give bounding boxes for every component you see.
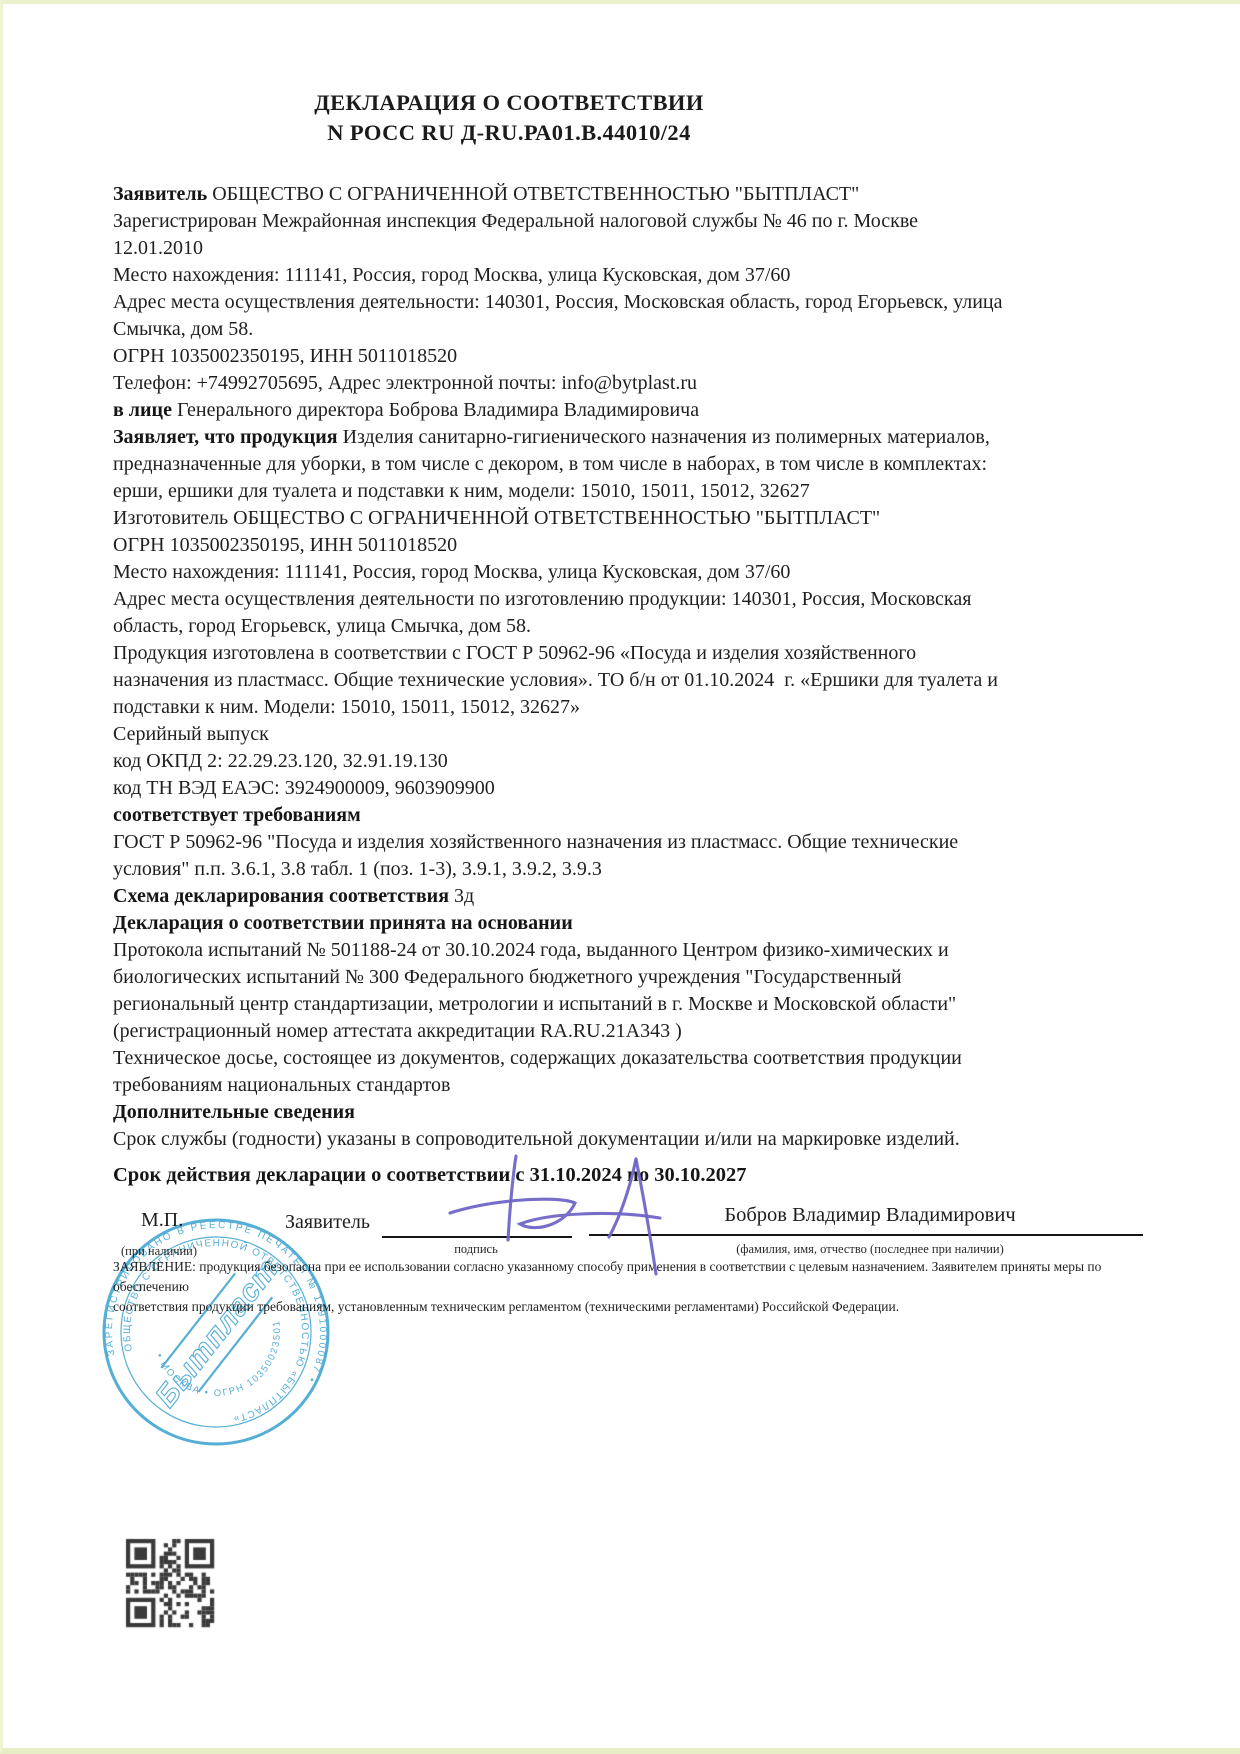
paragraph-text: ОГРН 1035002350195, ИНН 5011018520 (113, 534, 457, 556)
paragraph-lead: Схема декларирования соответствия (113, 885, 449, 907)
paragraph-text: Телефон: +74992705695, Адрес электронной… (113, 372, 697, 394)
paragraph: Дополнительные сведения (113, 1099, 1193, 1126)
paragraph-text: код ОКПД 2: 22.29.23.120, 32.91.19.130 (113, 750, 448, 772)
document-title: ДЕКЛАРАЦИЯ О СООТВЕТСТВИИ N РОСС RU Д-RU… (113, 88, 905, 148)
paragraph-text: Протокола испытаний № 501188-24 от 30.10… (113, 939, 956, 1042)
paragraph-lead: соответствует требованиям (113, 804, 361, 826)
paragraph-text: 3д (449, 885, 474, 907)
paragraph: соответствует требованиям (113, 802, 1193, 829)
paragraph-lead: Дополнительные сведения (113, 1101, 355, 1123)
paragraph-text: Место нахождения: 111141, Россия, город … (113, 561, 790, 583)
paragraph-text: код ТН ВЭД ЕАЭС: 3924900009, 9603909900 (113, 777, 495, 799)
paragraph-text: Зарегистрирован Межрайонная инспекция Фе… (113, 210, 918, 259)
paragraph-text: ОБЩЕСТВО С ОГРАНИЧЕННОЙ ОТВЕТСТВЕННОСТЬЮ… (207, 183, 859, 205)
document-body: Заявитель ОБЩЕСТВО С ОГРАНИЧЕННОЙ ОТВЕТС… (113, 181, 1193, 1153)
paragraph-text: ОГРН 1035002350195, ИНН 5011018520 (113, 345, 457, 367)
declarant-name: Бобров Владимир Владимирович (620, 1204, 1120, 1227)
paragraph: Протокола испытаний № 501188-24 от 30.10… (113, 937, 1193, 1045)
paragraph: Техническое досье, состоящее из документ… (113, 1045, 1193, 1099)
handwritten-signature (433, 1144, 683, 1284)
paragraph-text: Генерального директора Боброва Владимира… (172, 399, 699, 421)
paragraph: ОГРН 1035002350195, ИНН 5011018520 (113, 343, 1193, 370)
paragraph: Продукция изготовлена в соответствии с Г… (113, 640, 1193, 721)
title-line1: ДЕКЛАРАЦИЯ О СООТВЕТСТВИИ (113, 88, 905, 118)
paragraph: Адрес места осуществления деятельности п… (113, 586, 1193, 640)
qr-code (123, 1536, 217, 1630)
paragraph: код ТН ВЭД ЕАЭС: 3924900009, 9603909900 (113, 775, 1193, 802)
paragraph: Декларация о соответствии принята на осн… (113, 910, 1193, 937)
name-caption: (фамилия, имя, отчество (последнее при н… (670, 1242, 1070, 1257)
paragraph: код ОКПД 2: 22.29.23.120, 32.91.19.130 (113, 748, 1193, 775)
paragraph-text: Адрес места осуществления деятельности: … (113, 291, 1002, 340)
paragraph: Место нахождения: 111141, Россия, город … (113, 559, 1193, 586)
title-line2: N РОСС RU Д-RU.РА01.В.44010/24 (113, 118, 905, 148)
paragraph-lead: Заявитель (113, 183, 207, 205)
paragraph-text: Изготовитель ОБЩЕСТВО С ОГРАНИЧЕННОЙ ОТВ… (113, 507, 880, 529)
paragraph: ГОСТ Р 50962-96 "Посуда и изделия хозяйс… (113, 829, 1193, 883)
paragraph-text: Место нахождения: 111141, Россия, город … (113, 264, 790, 286)
paragraph-lead: Заявляет, что продукция (113, 426, 338, 448)
paragraph: в лице Генерального директора Боброва Вл… (113, 397, 1193, 424)
paragraph: Телефон: +74992705695, Адрес электронной… (113, 370, 1193, 397)
paragraph: ОГРН 1035002350195, ИНН 5011018520 (113, 532, 1193, 559)
paragraph-text: Адрес места осуществления деятельности п… (113, 588, 971, 637)
paragraph: Адрес места осуществления деятельности: … (113, 289, 1193, 343)
paragraph: Заявляет, что продукция Изделия санитарн… (113, 424, 1193, 505)
paragraph-text: Техническое досье, состоящее из документ… (113, 1047, 962, 1096)
paragraph: Изготовитель ОБЩЕСТВО С ОГРАНИЧЕННОЙ ОТВ… (113, 505, 1193, 532)
paragraph: Заявитель ОБЩЕСТВО С ОГРАНИЧЕННОЙ ОТВЕТС… (113, 181, 1193, 208)
paragraph-text: Продукция изготовлена в соответствии с Г… (113, 642, 998, 718)
paragraph-lead: Декларация о соответствии принята на осн… (113, 912, 573, 934)
paragraph-text: Серийный выпуск (113, 723, 269, 745)
document-page: ДЕКЛАРАЦИЯ О СООТВЕТСТВИИ N РОСС RU Д-RU… (0, 0, 1240, 1754)
paragraph: Серийный выпуск (113, 721, 1193, 748)
paragraph-text: ГОСТ Р 50962-96 "Посуда и изделия хозяйс… (113, 831, 958, 880)
paragraph: Место нахождения: 111141, Россия, город … (113, 262, 1193, 289)
company-stamp: ЗАРЕГИСТРИРОВАНО В РЕЕСТРЕ ПЕЧАТЕЙ № 149… (99, 1215, 333, 1449)
paragraph-lead: в лице (113, 399, 172, 421)
paragraph: Схема декларирования соответствия 3д (113, 883, 1193, 910)
paragraph: Зарегистрирован Межрайонная инспекция Фе… (113, 208, 1193, 262)
